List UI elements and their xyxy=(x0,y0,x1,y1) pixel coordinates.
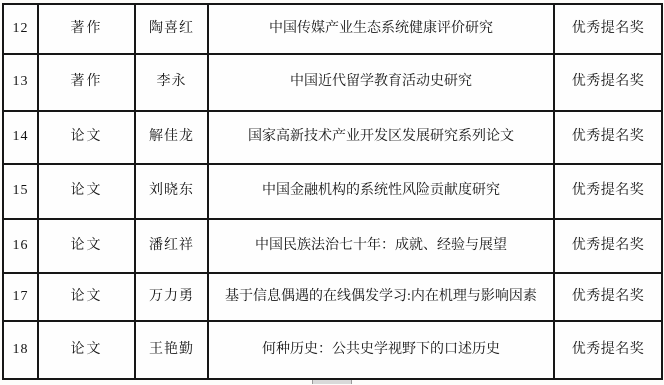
cell-author: 潘红祥 xyxy=(135,219,208,273)
cell-title: 中国金融机构的系统性风险贡献度研究 xyxy=(208,164,554,219)
cell-title: 基于信息偶遇的在线偶发学习:内在机理与影响因素 xyxy=(208,273,554,321)
cell-index: 14 xyxy=(3,111,38,164)
awards-table-page: 12 著作 陶喜红 中国传媒产业生态系统健康评价研究 优秀提名奖 13 著作 李… xyxy=(0,0,664,385)
cell-title: 中国传媒产业生态系统健康评价研究 xyxy=(208,4,554,54)
cell-type: 论文 xyxy=(38,321,135,379)
cell-type: 论文 xyxy=(38,164,135,219)
cell-author: 解佳龙 xyxy=(135,111,208,164)
cell-award: 优秀提名奖 xyxy=(554,273,662,321)
table-row: 16 论文 潘红祥 中国民族法治七十年：成就、经验与展望 优秀提名奖 xyxy=(3,219,662,273)
cell-index: 15 xyxy=(3,164,38,219)
table-row: 15 论文 刘晓东 中国金融机构的系统性风险贡献度研究 优秀提名奖 xyxy=(3,164,662,219)
table-row: 17 论文 万力勇 基于信息偶遇的在线偶发学习:内在机理与影响因素 优秀提名奖 xyxy=(3,273,662,321)
cell-type: 著作 xyxy=(38,54,135,111)
awards-table: 12 著作 陶喜红 中国传媒产业生态系统健康评价研究 优秀提名奖 13 著作 李… xyxy=(2,3,663,380)
cell-index: 16 xyxy=(3,219,38,273)
cell-type: 论文 xyxy=(38,219,135,273)
cell-index: 13 xyxy=(3,54,38,111)
table-row: 12 著作 陶喜红 中国传媒产业生态系统健康评价研究 优秀提名奖 xyxy=(3,4,662,54)
cell-award: 优秀提名奖 xyxy=(554,111,662,164)
cell-title: 中国民族法治七十年：成就、经验与展望 xyxy=(208,219,554,273)
table-row: 13 著作 李永 中国近代留学教育活动史研究 优秀提名奖 xyxy=(3,54,662,111)
cell-index: 18 xyxy=(3,321,38,379)
cell-type: 著作 xyxy=(38,4,135,54)
cell-title: 中国近代留学教育活动史研究 xyxy=(208,54,554,111)
cell-type: 论文 xyxy=(38,111,135,164)
cell-author: 刘晓东 xyxy=(135,164,208,219)
cell-title: 何种历史：公共史学视野下的口述历史 xyxy=(208,321,554,379)
cell-author: 万力勇 xyxy=(135,273,208,321)
cell-type: 论文 xyxy=(38,273,135,321)
table-row: 18 论文 王艳勤 何种历史：公共史学视野下的口述历史 优秀提名奖 xyxy=(3,321,662,379)
cell-index: 17 xyxy=(3,273,38,321)
cell-award: 优秀提名奖 xyxy=(554,164,662,219)
scrollbar-fragment xyxy=(312,380,352,384)
cell-author: 陶喜红 xyxy=(135,4,208,54)
cell-author: 王艳勤 xyxy=(135,321,208,379)
cell-author: 李永 xyxy=(135,54,208,111)
cell-award: 优秀提名奖 xyxy=(554,54,662,111)
cell-award: 优秀提名奖 xyxy=(554,321,662,379)
cell-award: 优秀提名奖 xyxy=(554,4,662,54)
cell-title: 国家高新技术产业开发区发展研究系列论文 xyxy=(208,111,554,164)
cell-index: 12 xyxy=(3,4,38,54)
table-row: 14 论文 解佳龙 国家高新技术产业开发区发展研究系列论文 优秀提名奖 xyxy=(3,111,662,164)
cell-award: 优秀提名奖 xyxy=(554,219,662,273)
